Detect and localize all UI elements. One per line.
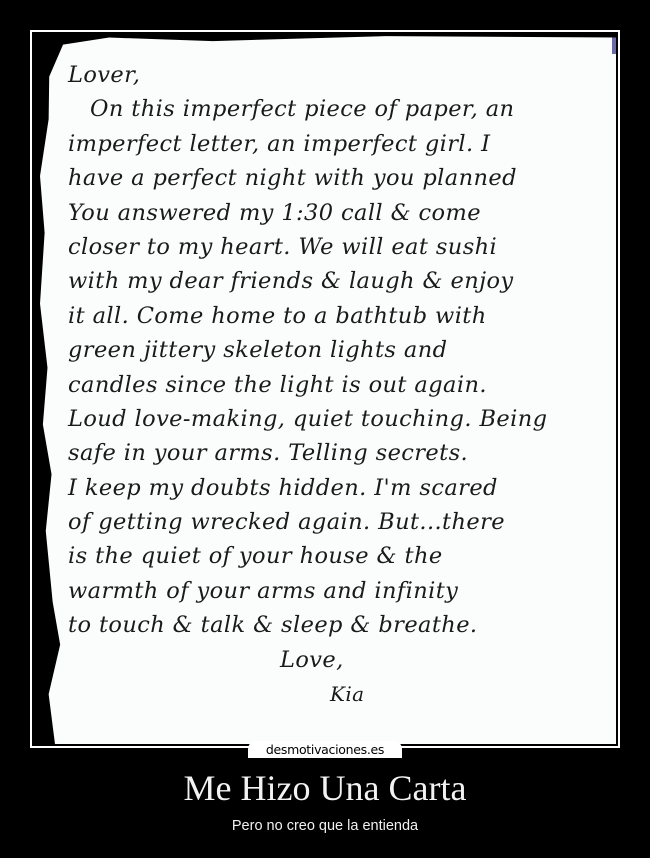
letter-line: imperfect letter, an imperfect girl. I bbox=[68, 127, 610, 161]
letter-line: I keep my doubts hidden. I'm scared bbox=[68, 471, 610, 505]
paper-edge-mark bbox=[612, 34, 616, 54]
letter-line: of getting wrecked again. But...there bbox=[68, 505, 610, 539]
poster-title: Me Hizo Una Carta bbox=[0, 767, 650, 809]
handwritten-letter: Lover, On this imperfect piece of paper,… bbox=[68, 58, 610, 711]
watermark-badge: desmotivaciones.es bbox=[248, 741, 402, 758]
letter-line: You answered my 1:30 call & come bbox=[68, 196, 610, 230]
letter-closing: Love, bbox=[68, 643, 610, 677]
letter-line: On this imperfect piece of paper, an bbox=[68, 92, 610, 126]
poster-frame: Lover, On this imperfect piece of paper,… bbox=[30, 30, 620, 748]
letter-signature: Kia bbox=[68, 677, 610, 711]
letter-line: closer to my heart. We will eat sushi bbox=[68, 230, 610, 264]
letter-line: warmth of your arms and infinity bbox=[68, 574, 610, 608]
letter-line: to touch & talk & sleep & breathe. bbox=[68, 608, 610, 642]
letter-line: green jittery skeleton lights and bbox=[68, 333, 610, 367]
letter-line: with my dear friends & laugh & enjoy bbox=[68, 264, 610, 298]
letter-line: have a perfect night with you planned bbox=[68, 161, 610, 195]
letter-line: safe in your arms. Telling secrets. bbox=[68, 436, 610, 470]
letter-greeting: Lover, bbox=[68, 58, 610, 92]
letter-line: Loud love-making, quiet touching. Being bbox=[68, 402, 610, 436]
letter-line: is the quiet of your house & the bbox=[68, 539, 610, 573]
letter-line: candles since the light is out again. bbox=[68, 368, 610, 402]
letter-line: it all. Come home to a bathtub with bbox=[68, 299, 610, 333]
poster-subtitle: Pero no creo que la entienda bbox=[0, 818, 650, 834]
